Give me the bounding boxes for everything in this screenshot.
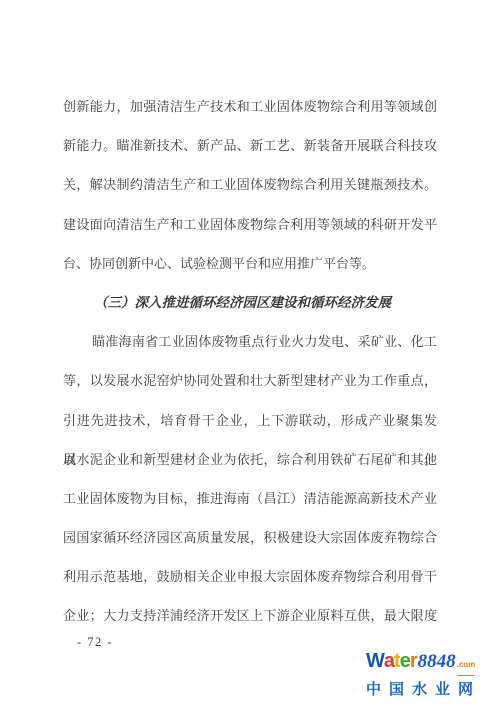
document-page: 创新能力，加强清洁生产技术和工业固体废物综合利用等领域创 新能力。瞄准新技术、新… [0,0,500,707]
text-line: 引进先进技术，培育骨干企业，上下游联动，形成产业聚集发展。 [63,401,437,440]
brand-letter: r [410,651,417,671]
text-line: 利用示范基地，鼓励相关企业申报大宗固体废弃物综合利用骨干 [63,557,437,596]
text-line: 企业；大力支持洋浦经济开发区上下游企业原料互供，最大限度 [63,596,437,635]
text-line: 瞄准海南省工业固体废物重点行业火力发电、采矿业、化工 [63,322,437,361]
brand-letter: e [400,651,410,671]
brand-domain-suffix: .com [457,655,476,676]
brand-number: 8848 [418,652,456,672]
text-line: 新能力。瞄准新技术、新产品、新工艺、新装备开展联合科技攻 [63,126,437,165]
text-block: 创新能力，加强清洁生产技术和工业固体废物综合利用等领域创 新能力。瞄准新技术、新… [63,87,437,636]
text-line: 建设面向清洁生产和工业固体废物综合利用等领域的科研开发平 [63,205,437,244]
brand-letter: W [366,651,384,671]
text-line: 台、协同创新中心、试验检测平台和应用推广平台等。 [63,244,437,283]
brand-letter: a [384,651,394,671]
text-line: 创新能力，加强清洁生产技术和工业固体废物综合利用等领域创 [63,87,437,126]
watermark-logo: W a t e r 8848 .com 中国水业网 [366,651,488,699]
text-line: 以水泥企业和新型建材企业为依托，综合利用铁矿石尾矿和其他 [63,440,437,479]
section-heading: （三）深入推进循环经济园区建设和循环经济发展 [63,283,437,322]
text-line: 关，解决制约清洁生产和工业固体废物综合利用关键瓶颈技术。 [63,165,437,204]
text-line: 等，以发展水泥窑炉协同处置和壮大新型建材产业为工作重点， [63,361,437,400]
watermark-brand: W a t e r 8848 .com [366,651,488,676]
text-line: 工业固体废物为目标，推进海南（昌江）清洁能源高新技术产业 [63,479,437,518]
text-line: 园国家循环经济园区高质量发展，积极建设大宗固体废弃物综合 [63,518,437,557]
watermark-subtitle: 中国水业网 [366,678,488,699]
page-number: - 72 - [77,635,113,650]
